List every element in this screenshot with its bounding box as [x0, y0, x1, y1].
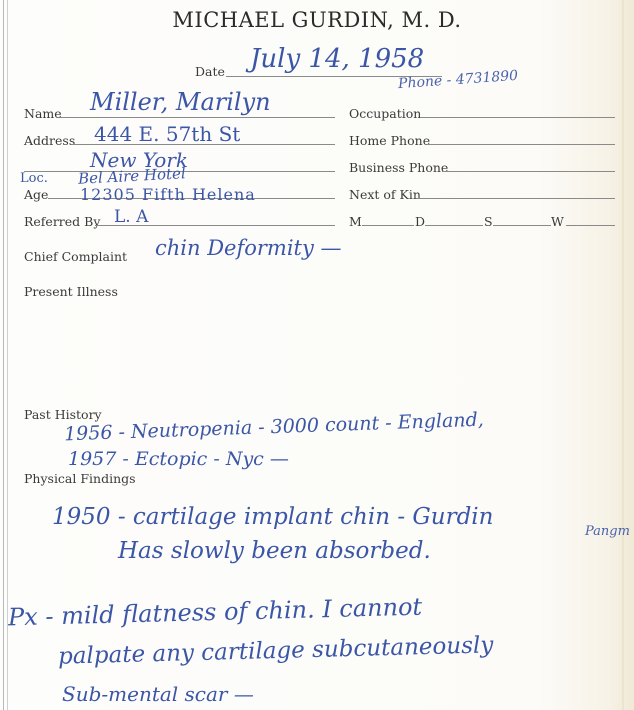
business-phone-label: Business Phone: [349, 160, 448, 175]
marital-s-rule: [493, 225, 551, 226]
marital-s-label: S: [484, 214, 493, 229]
present-illness-label: Present Illness: [24, 284, 118, 299]
marital-d-rule: [425, 225, 483, 226]
physical-findings-line: Has slowly been absorbed.: [118, 538, 431, 564]
page-edge: [622, 0, 624, 710]
age-label: Age: [24, 187, 48, 202]
date-label: Date: [195, 64, 225, 79]
referred-by-label: Referred By: [24, 214, 100, 229]
name-value: Miller, Marilyn: [90, 88, 271, 116]
home-phone-label: Home Phone: [349, 133, 430, 148]
occupation-rule: [421, 117, 615, 118]
next-of-kin-label: Next of Kin: [349, 187, 421, 202]
business-phone-rule: [442, 171, 615, 172]
marital-d-label: D: [415, 214, 425, 229]
next-of-kin-rule: [416, 198, 615, 199]
doctor-letterhead: MICHAEL GURDIN, M. D.: [0, 8, 634, 32]
name-rule: [60, 117, 335, 118]
loc-prefix: Loc.: [20, 171, 48, 186]
referred-by-value: L. A: [114, 207, 148, 227]
physical-findings-line: Sub-mental scar —: [62, 682, 254, 706]
margin-note: Pangm: [585, 524, 630, 539]
age-value: 12305 Fifth Helena: [80, 185, 256, 204]
chief-complaint-label: Chief Complaint: [24, 249, 127, 264]
home-phone-rule: [427, 144, 615, 145]
physical-findings-line: 1950 - cartilage implant chin - Gurdin: [52, 504, 493, 530]
address-value: 444 E. 57th St: [94, 122, 240, 146]
past-history-line: 1957 - Ectopic - Nyc —: [68, 448, 289, 470]
marital-w-rule: [566, 225, 615, 226]
marital-m-rule: [362, 225, 414, 226]
marital-w-label: W: [551, 214, 564, 229]
name-label: Name: [24, 106, 62, 121]
chief-complaint-value: chin Deformity —: [155, 236, 342, 260]
page-border-line: [3, 0, 4, 710]
date-value: July 14, 1958: [250, 44, 424, 74]
physical-findings-label: Physical Findings: [24, 471, 136, 486]
past-history-label: Past History: [24, 407, 102, 422]
occupation-label: Occupation: [349, 106, 421, 121]
address-label: Address: [24, 133, 75, 148]
marital-m-label: M: [349, 214, 362, 229]
